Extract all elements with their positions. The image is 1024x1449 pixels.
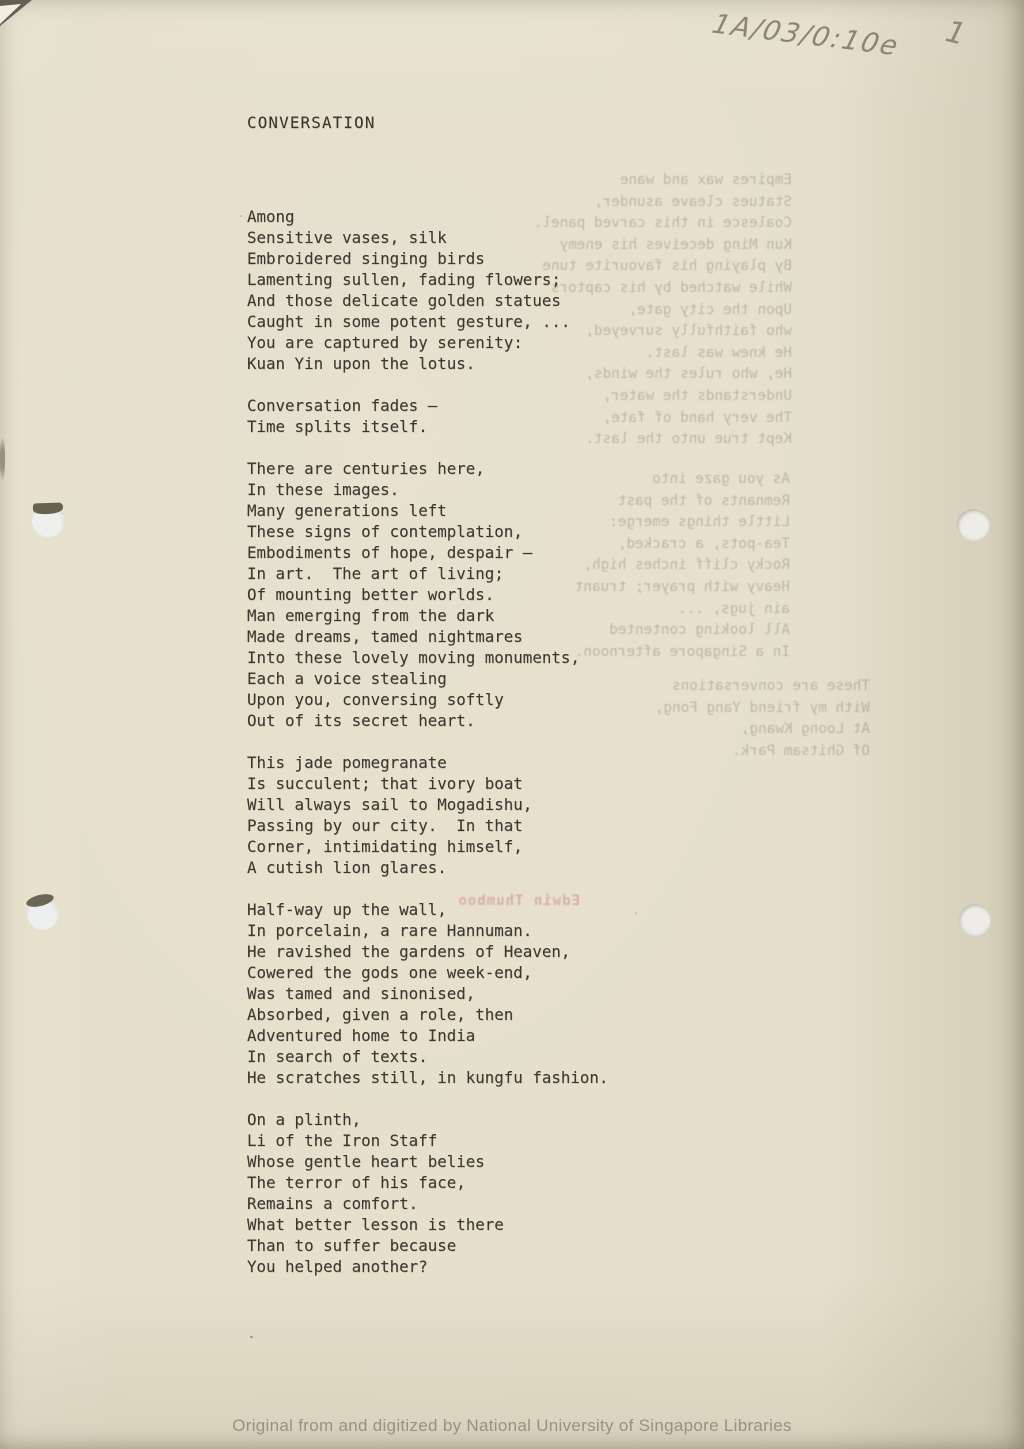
poem-line: What better lesson is there <box>247 1214 608 1235</box>
poem-line: You are captured by serenity: <box>247 332 608 353</box>
poem-line: Among <box>247 206 608 227</box>
poem-line: Man emerging from the dark <box>247 605 608 626</box>
poem-line: He scratches still, in kungfu fashion. <box>247 1067 608 1088</box>
poem-line: Passing by our city. In that <box>247 815 608 836</box>
poem-stanza: AmongSensitive vases, silkEmbroidered si… <box>247 206 608 374</box>
poem-line: Embroidered singing birds <box>247 248 608 269</box>
digitization-credit: Original from and digitized by National … <box>0 1416 1024 1436</box>
poem-line: Whose gentle heart belies <box>247 1151 608 1172</box>
poem-line: Than to suffer because <box>247 1235 608 1256</box>
poem-line: Is succulent; that ivory boat <box>247 773 608 794</box>
poem-stanza: Conversation fades —Time splits itself. <box>247 395 608 437</box>
poem-line: A cutish lion glares. <box>247 857 608 878</box>
poem-line: Kuan Yin upon the lotus. <box>247 353 608 374</box>
poem-line: Caught in some potent gesture, ... <box>247 311 608 332</box>
poem-line: The terror of his face, <box>247 1172 608 1193</box>
scanned-document-page: 1A/03/0:10e 1 Empires wax and waneStatue… <box>0 0 1024 1449</box>
poem-line: In art. The art of living; <box>247 563 608 584</box>
paper-crease <box>0 436 5 482</box>
poem-stanza: This jade pomegranateIs succulent; that … <box>247 752 608 878</box>
poem-line: He ravished the gardens of Heaven, <box>247 941 608 962</box>
poem-line: Of mounting better worlds. <box>247 584 608 605</box>
poem-line: On a plinth, <box>247 1109 608 1130</box>
poem-line: Upon you, conversing softly <box>247 689 608 710</box>
poem-line: Sensitive vases, silk <box>247 227 608 248</box>
poem-line: Embodiments of hope, despair — <box>247 542 608 563</box>
poem-line: Time splits itself. <box>247 416 608 437</box>
poem-line: Each a voice stealing <box>247 668 608 689</box>
paper-speck <box>250 1335 254 1338</box>
punch-hole-right-top <box>957 509 990 541</box>
bleedthrough-line: Empires wax and wane <box>452 170 792 192</box>
poem-line: Into these lovely moving monuments, <box>247 647 608 668</box>
poem-line: There are centuries here, <box>247 458 608 479</box>
poem-line: Corner, intimidating himself, <box>247 836 608 857</box>
poem-stanza: Half-way up the wall,In porcelain, a rar… <box>247 899 608 1088</box>
paper-speck <box>240 215 242 217</box>
poem-body: AmongSensitive vases, silkEmbroidered si… <box>247 206 608 1298</box>
poem-line: In search of texts. <box>247 1046 608 1067</box>
punch-hole-right-bottom <box>959 904 991 936</box>
punch-hole-left-bottom <box>27 897 59 930</box>
poem-line: Was tamed and sinonised, <box>247 983 608 1004</box>
punch-hole-left-top <box>32 505 65 537</box>
poem-line: Many generations left <box>247 500 608 521</box>
poem-line: Made dreams, tamed nightmares <box>247 626 608 647</box>
poem-stanza: On a plinth,Li of the Iron StaffWhose ge… <box>247 1109 608 1277</box>
poem-line: You helped another? <box>247 1256 608 1277</box>
poem-line: In porcelain, a rare Hannuman. <box>247 920 608 941</box>
handwritten-classmark: 1A/03/0:10e <box>709 9 935 66</box>
poem-line: Out of its secret heart. <box>247 710 608 731</box>
poem-line: Will always sail to Mogadishu, <box>247 794 608 815</box>
poem-title: CONVERSATION <box>247 113 376 132</box>
poem-line: Half-way up the wall, <box>247 899 608 920</box>
handwritten-page-number: 1 <box>942 14 969 53</box>
poem-line: And those delicate golden statues <box>247 290 608 311</box>
poem-line: Li of the Iron Staff <box>247 1130 608 1151</box>
poem-line: Conversation fades — <box>247 395 608 416</box>
poem-line: This jade pomegranate <box>247 752 608 773</box>
poem-line: Adventured home to India <box>247 1025 608 1046</box>
poem-line: Lamenting sullen, fading flowers; <box>247 269 608 290</box>
paper-speck <box>635 912 637 914</box>
poem-line: In these images. <box>247 479 608 500</box>
poem-line: These signs of contemplation, <box>247 521 608 542</box>
poem-stanza: There are centuries here,In these images… <box>247 458 608 731</box>
poem-line: Remains a comfort. <box>247 1193 608 1214</box>
poem-line: Absorbed, given a role, then <box>247 1004 608 1025</box>
poem-line: Cowered the gods one week-end, <box>247 962 608 983</box>
